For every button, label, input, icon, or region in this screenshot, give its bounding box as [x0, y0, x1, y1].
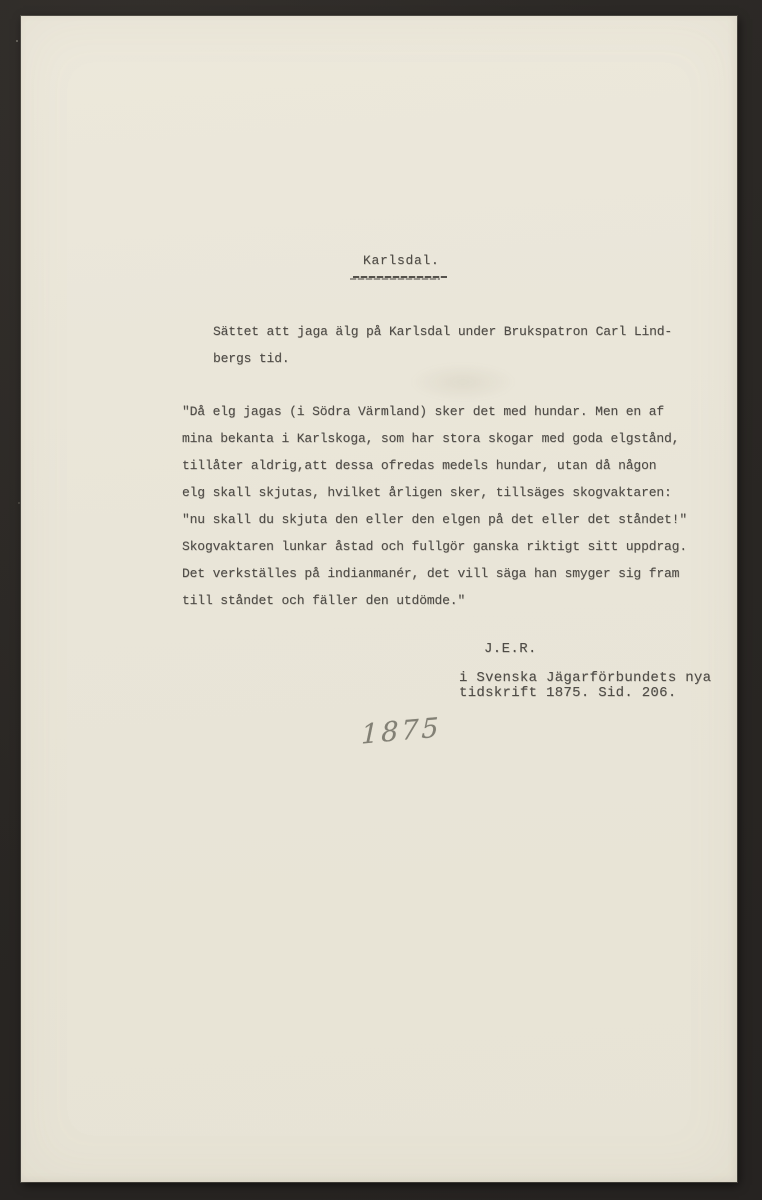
- dust-speck: [16, 40, 18, 42]
- signature-initials: J.E.R.: [484, 636, 537, 663]
- document-page: Karlsdal. Sättet att jaga älg på Karlsda…: [21, 16, 737, 1182]
- scanner-mat-background: Karlsdal. Sättet att jaga älg på Karlsda…: [0, 0, 762, 1200]
- dust-speck: [18, 502, 20, 504]
- page-title: Karlsdal.: [363, 247, 440, 274]
- citation-reference: i Svenska Jägarförbundets nya tidskrift …: [459, 671, 739, 701]
- title-underline: [353, 276, 447, 281]
- quotation-paragraph: "Då elg jagas (i Södra Värmland) sker de…: [182, 398, 722, 614]
- handwritten-year-note: 1875: [361, 712, 442, 750]
